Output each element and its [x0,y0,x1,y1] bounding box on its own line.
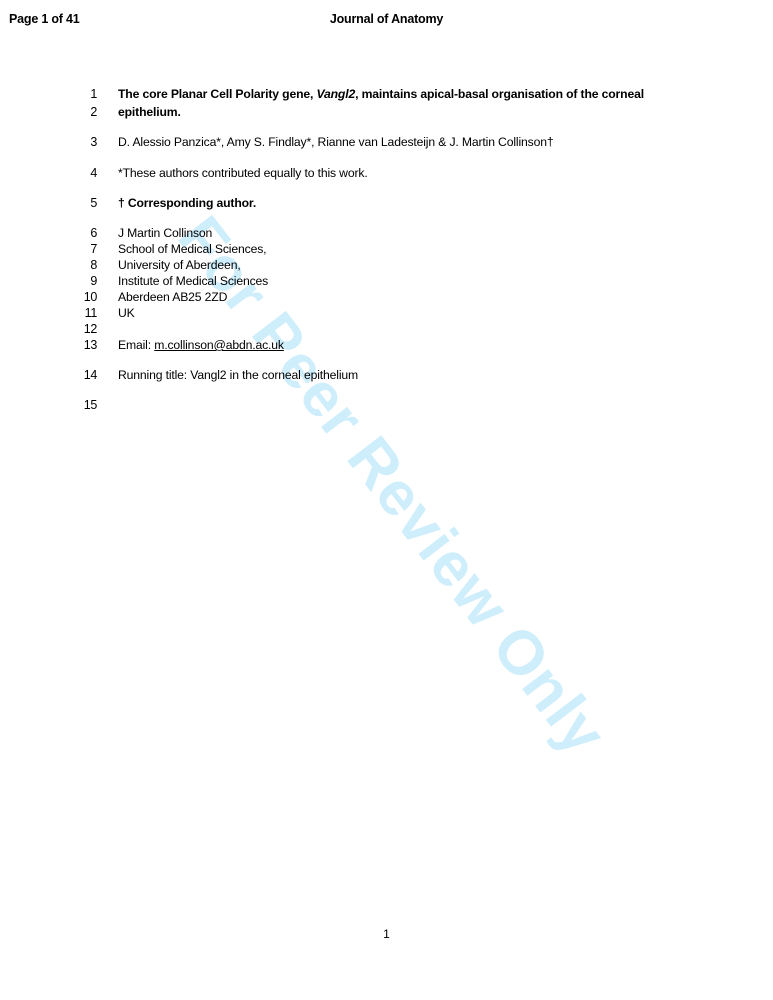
line-number: 3 [90,134,97,150]
line-number: 1 [90,86,97,102]
line-number: 13 [84,337,97,353]
manuscript-line: 13Email: m.collinson@abdn.ac.uk [0,337,773,353]
manuscript-line: 1The core Planar Cell Polarity gene, Van… [0,86,773,102]
manuscript-line: 9Institute of Medical Sciences [0,273,773,289]
manuscript-line: 5† Corresponding author. [0,195,773,211]
line-number: 15 [84,397,97,413]
text-run: Running title: Vangl2 in the corneal epi… [118,368,358,382]
line-text: University of Aberdeen, [118,257,241,273]
journal-title: Journal of Anatomy [0,12,773,26]
manuscript-line: 8University of Aberdeen, [0,257,773,273]
line-number: 2 [90,104,97,120]
line-text: Aberdeen AB25 2ZD [118,289,227,305]
text-run: Aberdeen AB25 2ZD [118,290,227,304]
text-run: † Corresponding author. [118,196,256,210]
line-text: Email: m.collinson@abdn.ac.uk [118,337,284,353]
manuscript-line: 7School of Medical Sciences, [0,241,773,257]
line-number: 5 [90,195,97,211]
line-text: † Corresponding author. [118,195,256,211]
line-number: 9 [90,273,97,289]
line-text: Running title: Vangl2 in the corneal epi… [118,367,358,383]
text-run: , maintains apical-basal organisation of… [355,87,644,101]
line-number: 12 [84,321,97,337]
page-number: 1 [0,927,773,941]
manuscript-line: 2epithelium. [0,104,773,120]
line-number: 14 [84,367,97,383]
line-number: 10 [84,289,97,305]
manuscript-line: 12 [0,321,773,337]
line-text: D. Alessio Panzica*, Amy S. Findlay*, Ri… [118,134,553,150]
text-run: epithelium. [118,105,181,119]
line-text: J Martin Collinson [118,225,212,241]
text-run: *These authors contributed equally to th… [118,166,368,180]
line-number: 8 [90,257,97,273]
line-number: 7 [90,241,97,257]
line-number: 11 [85,305,97,321]
line-text: Institute of Medical Sciences [118,273,268,289]
line-number: 6 [90,225,97,241]
line-text: The core Planar Cell Polarity gene, Vang… [118,86,644,102]
text-run: D. Alessio Panzica*, Amy S. Findlay*, Ri… [118,135,553,149]
text-run: University of Aberdeen, [118,258,241,272]
manuscript-line: 14Running title: Vangl2 in the corneal e… [0,367,773,383]
text-run: Email: [118,338,154,352]
manuscript-line: 4*These authors contributed equally to t… [0,165,773,181]
text-run: J Martin Collinson [118,226,212,240]
line-text: *These authors contributed equally to th… [118,165,368,181]
manuscript-line: 11UK [0,305,773,321]
manuscript-line: 15 [0,397,773,413]
text-run: Institute of Medical Sciences [118,274,268,288]
line-text: epithelium. [118,104,181,120]
line-text: UK [118,305,135,321]
text-run: The core Planar Cell Polarity gene, [118,87,316,101]
line-text: School of Medical Sciences, [118,241,266,257]
text-run: Vangl2 [316,87,355,101]
text-run: UK [118,306,135,320]
manuscript-line: 6J Martin Collinson [0,225,773,241]
manuscript-line: 10Aberdeen AB25 2ZD [0,289,773,305]
line-number: 4 [90,165,97,181]
text-run: School of Medical Sciences, [118,242,266,256]
email-link[interactable]: m.collinson@abdn.ac.uk [154,338,284,352]
manuscript-line: 3D. Alessio Panzica*, Amy S. Findlay*, R… [0,134,773,150]
